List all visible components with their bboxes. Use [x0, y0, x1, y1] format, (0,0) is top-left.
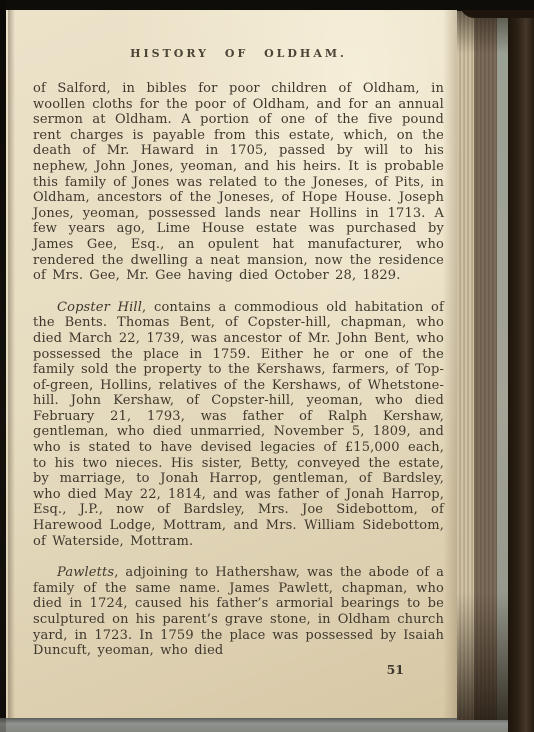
page-number: 51 — [33, 662, 444, 677]
page-edge-gray-strip — [497, 11, 508, 720]
page-edges — [457, 11, 508, 720]
page-edge-tan-strip — [457, 11, 474, 720]
photo-border-top — [0, 0, 534, 10]
paragraph-copster-hill: Copster Hill, contains a commodious old … — [33, 300, 444, 550]
photo-border-left — [0, 0, 6, 732]
paragraph-pawletts: Pawletts, adjoining to Hathershaw, was t… — [33, 565, 444, 659]
desk-surface — [0, 718, 534, 732]
page-edge-brown-strip — [474, 11, 497, 720]
paragraph-lead-italic: Copster Hill — [57, 300, 142, 315]
paragraph-text: , contains a commodious old habitation o… — [33, 300, 444, 549]
book-photo: HISTORY OF OLDHAM. of Salford, in bibles… — [0, 0, 534, 732]
running-head: HISTORY OF OLDHAM. — [33, 47, 444, 60]
book-cover — [508, 0, 534, 732]
book-page: HISTORY OF OLDHAM. of Salford, in bibles… — [6, 10, 457, 718]
paragraph-lead-italic: Pawletts — [57, 565, 114, 580]
paragraph-text: of Salford, in bibles for poor children … — [33, 81, 444, 283]
paragraph-salford-estate: of Salford, in bibles for poor children … — [33, 81, 444, 284]
